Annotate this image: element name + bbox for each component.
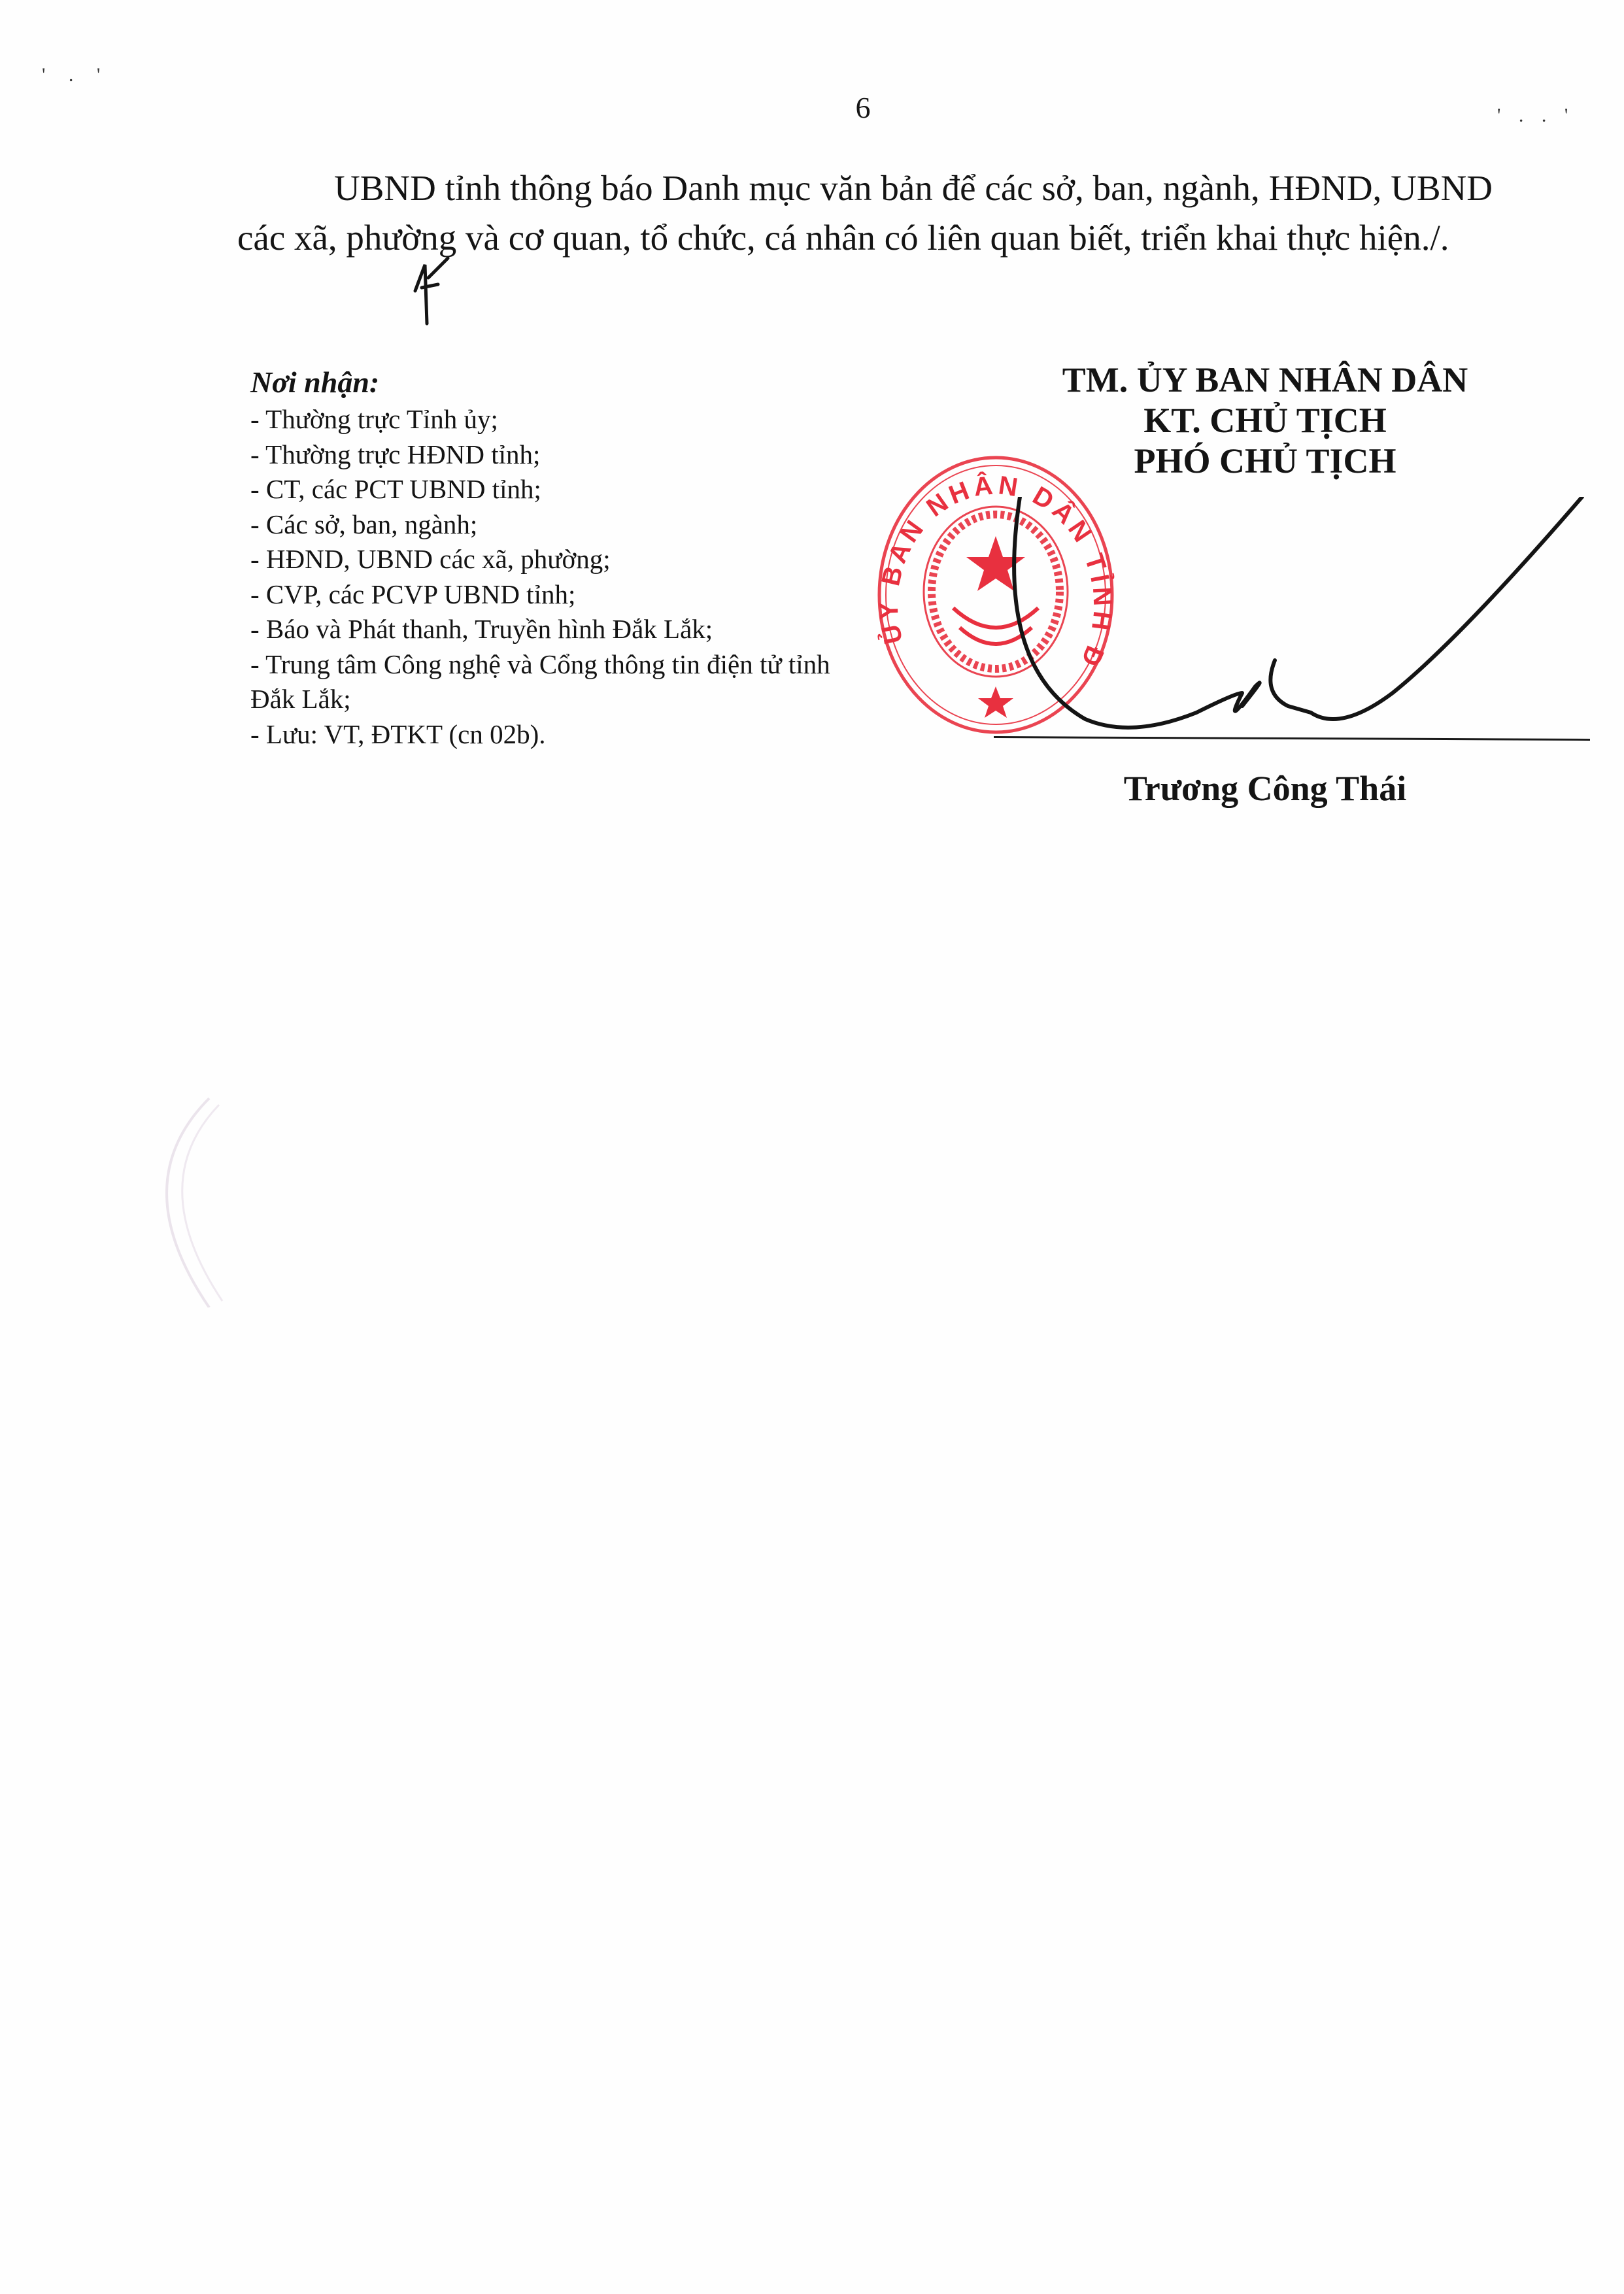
initial-signature-mark [409, 252, 461, 330]
paragraph-text: UBND tỉnh thông báo Danh mục văn bản để … [237, 168, 1493, 258]
recipient-item: - Thường trực HĐND tỉnh; [250, 437, 839, 473]
recipient-items: - Thường trực Tỉnh ủy;- Thường trực HĐND… [250, 402, 839, 752]
recipient-item: - Trung tâm Công nghệ và Cổng thông tin … [250, 647, 839, 717]
recipient-item: - HĐND, UBND các xã, phường; [250, 542, 839, 577]
recipient-item: - Thường trực Tỉnh ủy; [250, 402, 839, 437]
recipient-item: - CVP, các PCVP UBND tỉnh; [250, 577, 839, 613]
recipient-item: - CT, các PCT UBND tỉnh; [250, 472, 839, 507]
signer-name: Trương Công Thái [955, 768, 1576, 809]
recipient-item: - Báo và Phát thanh, Truyền hình Đắk Lắk… [250, 612, 839, 647]
signature-title-2: KT. CHỦ TỊCH [955, 400, 1576, 441]
recipients-title: Nơi nhận: [250, 363, 839, 402]
signature-title-1: TM. ỦY BAN NHÂN DÂN [955, 360, 1576, 400]
handwritten-signature [935, 497, 1602, 758]
recipients-list: Nơi nhận: - Thường trực Tỉnh ủy;- Thường… [250, 363, 839, 752]
document-page: ' . ' ' . . ' 6 UBND tỉnh thông báo Danh… [0, 0, 1624, 2294]
closing-paragraph: UBND tỉnh thông báo Danh mục văn bản để … [237, 163, 1493, 263]
recipient-item: - Lưu: VT, ĐTKT (cn 02b). [250, 717, 839, 752]
recipient-item: - Các sở, ban, ngành; [250, 507, 839, 543]
scan-marks: ' . ' [42, 64, 109, 86]
faded-stamp-bleedthrough [98, 1033, 360, 1307]
page-number: 6 [0, 90, 1624, 125]
